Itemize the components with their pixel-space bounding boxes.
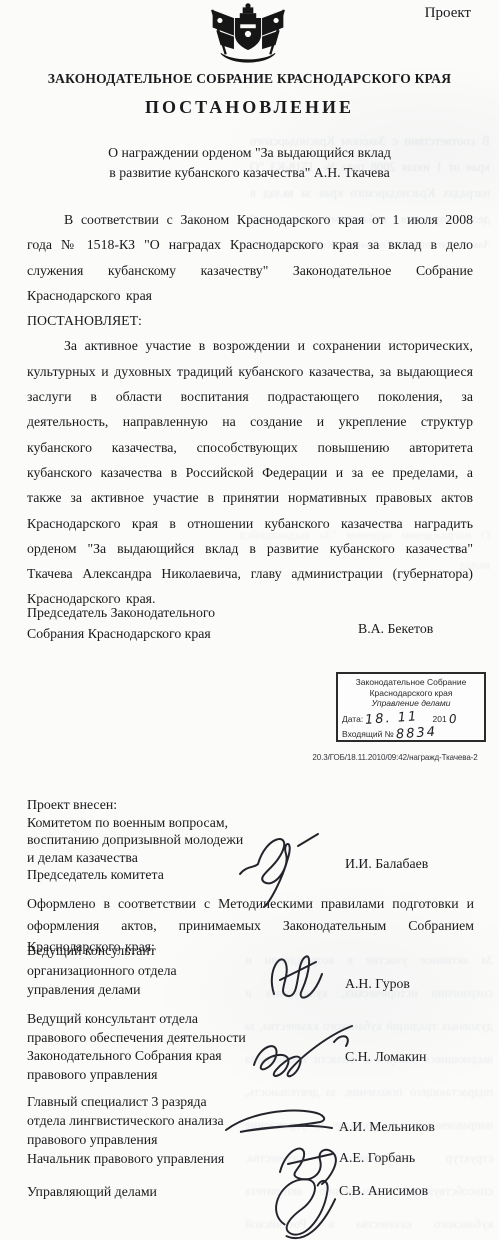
official-title-line: правового управления	[27, 1131, 224, 1150]
registration-stamp: Законодательное Собрание Краснодарского …	[336, 672, 486, 742]
official-title-line: Ведущий консультант отдела	[27, 1010, 246, 1029]
official-title-line: Законодательного Собрания края	[27, 1047, 246, 1066]
official-title-block: Управляющий делами	[27, 1183, 157, 1201]
chairman-name: В.А. Бекетов	[358, 621, 433, 637]
signature-lomakin-icon	[246, 1020, 358, 1088]
paragraph-resolution: За активное участие в возрождении и сохр…	[27, 333, 473, 611]
official-title-line: Начальник правового управления	[27, 1150, 224, 1168]
official-title-line: отдела лингвистического анализа	[27, 1112, 224, 1131]
submitted-line: Комитетом по военным вопросам,	[27, 814, 473, 832]
official-title-line: правового управления	[27, 1066, 246, 1085]
official-title-line: правового обеспечения деятельности	[27, 1029, 246, 1048]
committee-chairman-name: И.И. Балабаев	[345, 856, 428, 872]
resolve-word: ПОСТАНОВЛЯЕТ:	[27, 308, 473, 333]
stamp-incoming-label: Входящий №	[342, 729, 394, 739]
document-body: В соответствии с Законом Краснодарского …	[27, 207, 473, 612]
signature-gorban-icon	[270, 1134, 350, 1192]
official-name: С.Н. Ломакин	[345, 1049, 426, 1065]
signature-melnikov-icon	[220, 1102, 336, 1144]
official-title-line: управления делами	[27, 980, 177, 1000]
official-title-line: Ведущий консультант	[27, 941, 177, 961]
stamp-date-label: Дата:	[342, 714, 363, 724]
submitted-line: воспитанию допризывной молодежи	[27, 831, 473, 849]
stamp-org-line: Законодательное Собрание	[342, 677, 480, 688]
official-title-line: Управляющий делами	[27, 1183, 157, 1201]
stamp-incoming-row: Входящий № 8834	[342, 726, 480, 739]
document-page: Проект ЗАКОНОДАТЕЛЬНОЕ СО	[0, 0, 499, 1240]
subject-line: в развитие кубанского казачества" А.Н. Т…	[0, 163, 499, 183]
submitted-heading: Проект внесен:	[27, 796, 473, 814]
document-subject: О награждении орденом "За выдающийся вкл…	[0, 143, 499, 183]
official-title-line: Главный специалист 3 разряда	[27, 1093, 224, 1112]
official-name: А.Н. Гуров	[345, 976, 410, 992]
official-name: А.Е. Горбань	[339, 1150, 415, 1166]
stamp-dept-line: Управление делами	[342, 698, 480, 709]
official-title-line: организационного отдела	[27, 961, 177, 981]
official-name: А.И. Мельников	[339, 1119, 435, 1135]
stamp-org-line: Краснодарского края	[342, 688, 480, 699]
file-reference-code: 20.3/ГОБ/18.11.2010/09:42/награжд-Ткачев…	[300, 753, 490, 762]
stamp-date-handwritten: 18. 11	[365, 712, 419, 726]
stamp-incoming-number-handwritten: 8834	[396, 727, 438, 740]
official-name: С.В. Анисимов	[339, 1183, 428, 1199]
official-title-block: Ведущий консультант организационного отд…	[27, 941, 177, 1000]
signature-anisimov-icon	[256, 1170, 353, 1240]
official-title-block: Ведущий консультант отдела правового обе…	[27, 1010, 246, 1084]
subject-line: О награждении орденом "За выдающийся вкл…	[0, 143, 499, 163]
document-type-title: ПОСТАНОВЛЕНИЕ	[0, 97, 499, 118]
official-title-block: Главный специалист 3 разряда отдела линг…	[27, 1093, 224, 1149]
project-label: Проект	[425, 5, 471, 22]
stamp-year-printed: 201	[433, 714, 447, 724]
stamp-year-handwritten: 0	[448, 713, 457, 724]
org-title: ЗАКОНОДАТЕЛЬНОЕ СОБРАНИЕ КРАСНОДАРСКОГО …	[0, 71, 499, 87]
stamp-date-row: Дата: 18. 11 201 0	[342, 711, 480, 724]
paragraph-preamble: В соответствии с Законом Краснодарского …	[27, 207, 473, 308]
official-title-block: Начальник правового управления	[27, 1150, 224, 1168]
coat-of-arms-svg	[203, 3, 293, 65]
krasnodar-coat-of-arms-icon	[203, 3, 293, 65]
